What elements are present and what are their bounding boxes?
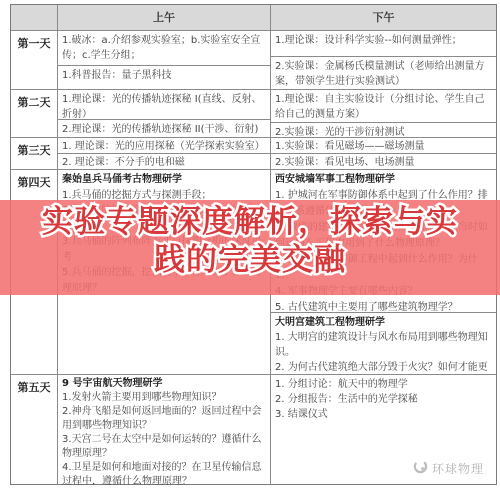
day1-morning-item-1: 1.破冰：a.介绍参观实验室；b.实验室安全宣传；c.学生分组； — [62, 33, 266, 63]
day5-morning-items: 1.发射火箭主要用到哪些物理知识？ 2.神舟飞船是如何返回地面的？返回过程中会用… — [62, 391, 266, 485]
day4-morning-title: 秦始皇兵马俑考古物理研学 — [62, 172, 266, 188]
day3-morning-item-1: 1. 理论课：光的应用探秘（光学探索实验室） — [62, 139, 266, 154]
watermark-text: 环球物理 — [432, 460, 484, 477]
table-row: 第二天 1.理论课：光的传播轨迹探秘 I(直线、反射、折射） 2.理论课：光的传… — [11, 90, 496, 138]
banner-text-line-1: 实验专题深度解析，探索与实 实验专题深度解析，探索与实 — [0, 203, 500, 241]
day5-morning-title: 9 号宇宙航天物理研学 — [62, 377, 266, 391]
day4-afternoon2-items: 1. 大明宫的建筑设计与风水布局用到哪些物理知识。 2. 为何古代建筑绝大部分毁… — [275, 330, 492, 374]
day2-morning-item-1: 1.理论课：光的传播轨迹探秘 I(直线、反射、折射） — [62, 92, 266, 120]
header-corner-cell — [11, 5, 58, 30]
day5-label: 第五天 — [11, 375, 58, 485]
day2-afternoon-item-2: 2.实验课：光的干涉衍射测试 — [275, 125, 492, 137]
day3-afternoon-item-2: 2.实验课：看见电场、电场测量 — [275, 155, 492, 169]
day4-afternoon-item-5: 5. 古代建筑中主要用了哪些建筑物理学？ — [275, 300, 492, 313]
header-afternoon: 下午 — [271, 5, 496, 31]
day2-morning-item-2: 2.理论课：光的传播轨迹探秘 II(干涉、衍射) — [62, 122, 266, 137]
day3-label: 第三天 — [11, 138, 58, 169]
day4-afternoon-title: 西安城墙军事工程物理研学 — [275, 172, 492, 188]
day1-afternoon-item-1: 1.理论课：设计科学实验--如何测量弹性； — [275, 33, 492, 48]
banner-line2-fill: 践的完美交融 — [0, 241, 500, 279]
table-row: 第一天 1.破冰：a.介绍参观实验室；b.实验室安全宣传；c.学生分组； 1.科… — [11, 31, 496, 90]
day1-afternoon-item-2: 2.实验课：金属杨氏模量测试（老师给出测量方案，带领学生进行实验测试） — [275, 59, 492, 89]
globe-swirl-icon — [413, 459, 428, 478]
table-header-row: 上午 下午 — [11, 5, 496, 31]
header-morning: 上午 — [58, 5, 270, 31]
table-row: 第三天 1. 理论课：光的应用探秘（光学探索实验室） 2. 理论课：不分手的电和… — [11, 138, 496, 170]
watermark: 环球物理 — [413, 459, 484, 478]
promo-banner-text: 实验专题深度解析，探索与实 实验专题深度解析，探索与实 践的完美交融 践的完美交… — [0, 203, 500, 279]
banner-text-line-2: 践的完美交融 践的完美交融 — [0, 241, 500, 279]
day3-afternoon-item-1: 1.实验课：看见磁场——磁场测量 — [275, 139, 492, 154]
banner-line1-fill: 实验专题深度解析，探索与实 — [0, 203, 500, 241]
day5-afternoon-items: 1. 分组讨论：航天中的物理学 2. 分组报告：生活中的光学探秘 3. 结课仪式 — [275, 377, 492, 422]
day1-morning-item-2: 1.科普报告：量子黑科技 — [62, 68, 266, 83]
day2-label: 第二天 — [11, 90, 58, 137]
day1-label: 第一天 — [11, 31, 58, 89]
day3-morning-item-2: 2. 理论课：不分手的电和磁 — [62, 155, 266, 169]
day4-afternoon2-title: 大明宫建筑工程物理研学 — [275, 315, 492, 330]
day2-afternoon-item-1: 1.理论课：自主实验设计（分组讨论、学生自己给自己的测量方案） — [275, 92, 492, 122]
